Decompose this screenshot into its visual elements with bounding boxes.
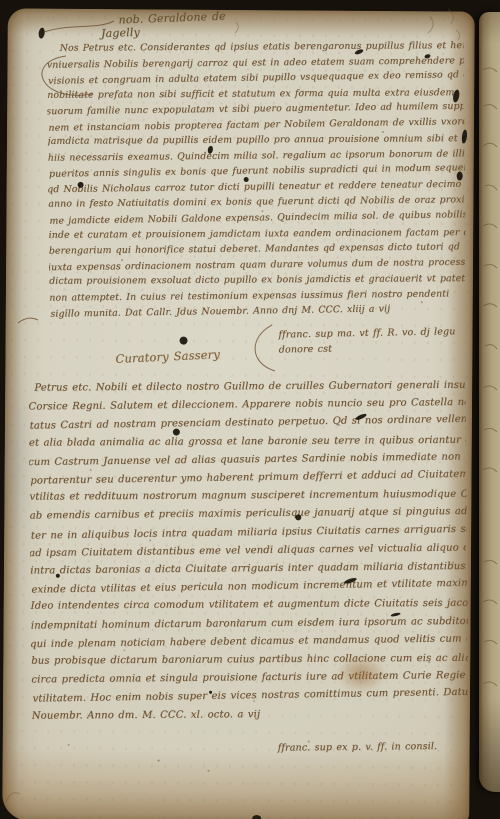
text-line: bus probisque dictarum baroniarum cuius … [31,650,468,671]
text-line: Petrus etc. Nobili et dilecto nostro Gui… [28,377,465,398]
manuscript-photo: nob. Geraldone de Jagelly Nos Petrus etc… [0,0,500,819]
ink-blot [38,27,46,39]
text-line: vtilitas et reddituum nostrorum magnum s… [29,486,466,507]
ink-blot [173,429,180,436]
ink-blot [295,514,301,520]
header-annotation: nob. Geraldone de Jagelly [118,10,226,40]
text-line: Nouembr. Anno dm. M. CCC. xl. octo. a vi… [32,704,469,725]
manuscript-page: nob. Geraldone de Jagelly Nos Petrus etc… [2,8,475,819]
margin-heading: Curatory Sassery [115,347,220,366]
text-line: Nos Petrus etc. Considerantes qd ipsius … [47,38,464,56]
text-line: inde et curatam et prouisionem jamdictam… [49,225,466,243]
adjacent-page-edge [479,12,500,792]
ink-blot [252,815,261,819]
registrar-note-2: ffranc. sup ex p. v. ff. in consil. [278,741,438,754]
entry-2-text: Petrus etc. Nobili et dilecto nostro Gui… [28,376,469,729]
registrar-note-1: ffranc. sup ma. vt ff. R. vo. dj legu do… [278,324,456,357]
ink-blot [179,337,187,345]
registrar-note-1-line2: donore cst [279,339,456,357]
ink-blot [244,177,249,182]
paper-stain [2,363,31,563]
ink-blot [56,574,60,578]
ink-blot [457,172,463,181]
text-line: jamdicta matrisque da pupillis eidem pup… [48,131,465,149]
text-line: Ideo intendentes circa comodum vtilitate… [31,595,468,616]
entry-1-text: Nos Petrus etc. Considerantes qd ipsius … [47,37,467,323]
ink-blot [209,691,212,694]
text-line: dictam prouisionem exsoluat dicto pupill… [49,271,466,289]
ink-blot [78,182,84,188]
paper-speckles [8,8,10,10]
ink-blot [461,129,468,143]
